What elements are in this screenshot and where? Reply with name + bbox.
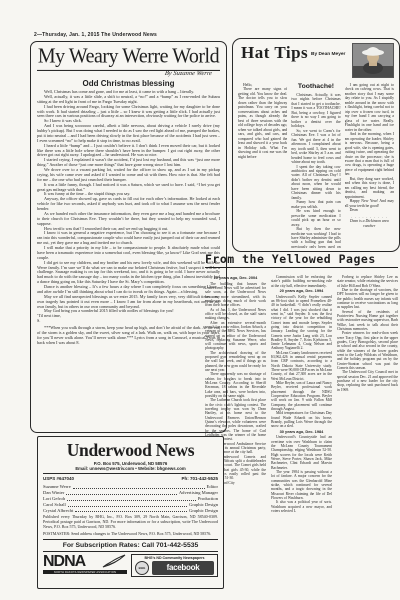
news-brief: 30 years ago, Dec. 1984 bbox=[271, 430, 332, 435]
yellowed-pages-section: 10 years ago, Dec. 2004The building that… bbox=[205, 275, 398, 593]
article-headline: Toothache! bbox=[291, 83, 340, 90]
article-paragraph: I did get to see my children, and my bro… bbox=[37, 261, 220, 285]
feather-icon bbox=[101, 554, 127, 568]
article-paragraph: Christmas. Actually, it was two nights b… bbox=[291, 93, 340, 129]
column-byline: By Dean Meyer bbox=[311, 52, 345, 57]
hat-tips-col-1: Hello,There are many signs of getting ol… bbox=[238, 83, 287, 248]
author-photo bbox=[352, 43, 394, 78]
ndna-caption: NORTH DAKOTA NEWSPAPER ASSOCIATION bbox=[43, 570, 127, 574]
cowboy-hat-portrait-icon bbox=[353, 44, 393, 77]
article-paragraph: Funny how that pain can make you selfish… bbox=[291, 200, 340, 209]
divider bbox=[43, 473, 218, 474]
news-brief: Several of the residents of Prairieview … bbox=[337, 310, 398, 332]
news-brief: Underwood’s Kelly Snyder canned an 86-fo… bbox=[271, 295, 332, 351]
article-paragraph: There are many signs of getting old. You… bbox=[238, 87, 287, 159]
article-paragraph: So, we went to Carm’s for Christmas Eve.… bbox=[291, 129, 340, 165]
newspaper-page: 2—Thursday, Jan. 1, 2015 The Underwood N… bbox=[0, 0, 400, 600]
news-brief: Underwood’s Countryside had an overtime … bbox=[271, 435, 332, 470]
news-brief: Due to the shortage of vaccines, the DPT… bbox=[337, 288, 398, 310]
my-weary-werre-world-column: My Weary Werre World By Suzanne Werre Od… bbox=[30, 41, 227, 433]
article-paragraph: But, they dang sure worked, and when thi… bbox=[345, 177, 394, 199]
dot-leader bbox=[67, 500, 196, 501]
news-brief: It also was a political year of sorts. W… bbox=[271, 500, 332, 513]
bhg-circle-icon: BHG bbox=[135, 561, 149, 575]
news-brief: 10 years ago, Dec. 2004 bbox=[205, 276, 266, 281]
article-paragraph: He was kind enough to prescribe some med… bbox=[291, 209, 340, 227]
yellowed-pages-col-3: Forberg to replace Shirley Lee as state … bbox=[337, 275, 398, 593]
news-brief: Poster winners for read-a-thon week were… bbox=[337, 331, 398, 370]
hat-tips-body: Hello,There are many signs of getting ol… bbox=[238, 83, 394, 248]
hat-tips-col-3: I am going out at night to check on calv… bbox=[345, 83, 394, 248]
masthead-email-web: Email: unnews@westriv.com • Website: bhg… bbox=[43, 466, 218, 471]
masthead-box: Underwood News P.O. Box 575, Underwood, … bbox=[37, 436, 224, 589]
subscription-rates-line: For Subscription Rates: Call 701-442-553… bbox=[43, 539, 218, 551]
article-paragraph: I had been driving around Fargo, looking… bbox=[37, 105, 220, 120]
newspaper-name: Underwood News bbox=[43, 440, 218, 461]
facebook-logo: facebook bbox=[152, 561, 214, 575]
publication-info: Published every Thursday by BHG, Inc., P… bbox=[43, 515, 218, 529]
article-paragraph: Dean bbox=[345, 208, 394, 212]
article-paragraph: I spent the day taking cow antibiotics a… bbox=[291, 165, 340, 201]
staff-row: Crystal Albrecht Graphic Design bbox=[43, 508, 218, 514]
article-paragraph: Dean is a Dickinson area rancher bbox=[345, 219, 394, 228]
article-paragraph: And I was being sooooooo careful, albeit… bbox=[37, 124, 220, 144]
column-title: Hat Tips bbox=[241, 43, 308, 63]
dot-leader bbox=[75, 511, 187, 512]
news-brief: After an extensive several-month search … bbox=[205, 321, 266, 351]
article-paragraph: S. bbox=[37, 319, 220, 324]
logos-row: NDNA NORTH DAKOTA NEWSPAPER ASSOCIATION … bbox=[43, 551, 218, 577]
yellowed-pages-title: From the Yellowed Pages bbox=[205, 252, 398, 268]
facebook-row: BHG facebook bbox=[135, 561, 214, 575]
dot-leader bbox=[66, 494, 177, 495]
usps-number: USPS #647040 bbox=[43, 476, 74, 481]
news-brief: The year 1984 is passing without a lot o… bbox=[271, 470, 332, 500]
staff-role: Graphic Design bbox=[189, 508, 218, 514]
article-paragraph: I will make that a priority in my life –… bbox=[37, 246, 220, 261]
news-brief: The building that houses the Underwood N… bbox=[205, 282, 266, 308]
article-paragraph: We drove over to a vacant parking lot, w… bbox=[37, 168, 220, 183]
news-brief: 20 years ago, Dec. 1994 bbox=[271, 289, 332, 294]
hat-tips-column: Hat Tips By Dean Meyer Hello,There are m… bbox=[232, 38, 400, 252]
column-title: My Weary Werre World bbox=[37, 44, 220, 71]
dot-leader bbox=[68, 506, 187, 507]
column-byline: By Suzanne Werre bbox=[37, 70, 213, 77]
usps-phone-row: USPS #647040 Ph: 701-442-5525 bbox=[43, 476, 218, 481]
yellowed-pages-col-2: Commission will be enforcing the state’s… bbox=[271, 275, 332, 593]
article-body: Well, Christmas has come and gone, and f… bbox=[37, 90, 220, 346]
article-paragraph: Happy New Year! And may all your teeth b… bbox=[345, 199, 394, 208]
ndna-logo: NDNA NORTH DAKOTA NEWSPAPER ASSOCIATION bbox=[43, 554, 127, 577]
article-headline: Odd Christmas blessing bbox=[37, 79, 220, 88]
staff-name: Crystal Albrecht bbox=[43, 508, 73, 514]
article-paragraph: May we all find unexpected blessings as … bbox=[37, 295, 220, 310]
news-brief: Mike Beyler, son of Laura and Nancy Beyl… bbox=[271, 381, 332, 411]
article-paragraph: Anyway, the officer showed up, gave us c… bbox=[37, 197, 220, 212]
news-brief: The Underwood City Council met in specia… bbox=[337, 370, 398, 392]
news-brief: Forberg to replace Shirley Lee as state … bbox=[337, 275, 398, 288]
news-brief: The architectural drawing of the propose… bbox=[205, 351, 266, 373]
phone-number: Ph: 701-442-5525 bbox=[181, 476, 218, 481]
postmaster-info: POSTMASTER: Send address changes to The … bbox=[43, 532, 218, 537]
article-paragraph: But by then the new medicine was working… bbox=[291, 227, 340, 248]
dot-leader bbox=[73, 488, 205, 489]
news-brief: McLean County landowners received $3,962… bbox=[271, 351, 332, 381]
bhg-caption: BHG’s ND Community Newspapers bbox=[135, 556, 214, 560]
page-header: 2—Thursday, Jan. 1, 2015 The Underwood N… bbox=[34, 32, 157, 38]
news-brief: As of Jan. 1, the Underwood News office … bbox=[205, 308, 266, 321]
article-paragraph: And in the morning, when I am operating … bbox=[345, 132, 394, 177]
article-paragraph: I heard a little “bump” and – I just cou… bbox=[37, 144, 220, 159]
hat-tips-col-2: Toothache! Christmas. Actually, it was t… bbox=[291, 83, 340, 248]
hat-tips-col-2-text: Christmas. Actually, it was two nights b… bbox=[291, 93, 340, 248]
staff-list: Suzanne Werre Editor Dan Winter Advertis… bbox=[43, 484, 218, 513]
article-paragraph: ***When you walk through a storm, keep y… bbox=[37, 326, 220, 346]
news-brief: There apparently was no shortage of cabi… bbox=[205, 372, 266, 398]
article-paragraph: As we handed each other the insurance in… bbox=[37, 212, 220, 227]
news-brief: Commission will be enforcing the state’s… bbox=[271, 275, 332, 288]
news-brief: Mild temperatures for Christmas Day foun… bbox=[271, 411, 332, 428]
bhg-facebook-box: BHG’s ND Community Newspapers BHG facebo… bbox=[131, 554, 218, 577]
article-paragraph: I know it was in general a negative expe… bbox=[37, 231, 220, 246]
article-paragraph: I am going out at night to check on calv… bbox=[345, 83, 394, 132]
